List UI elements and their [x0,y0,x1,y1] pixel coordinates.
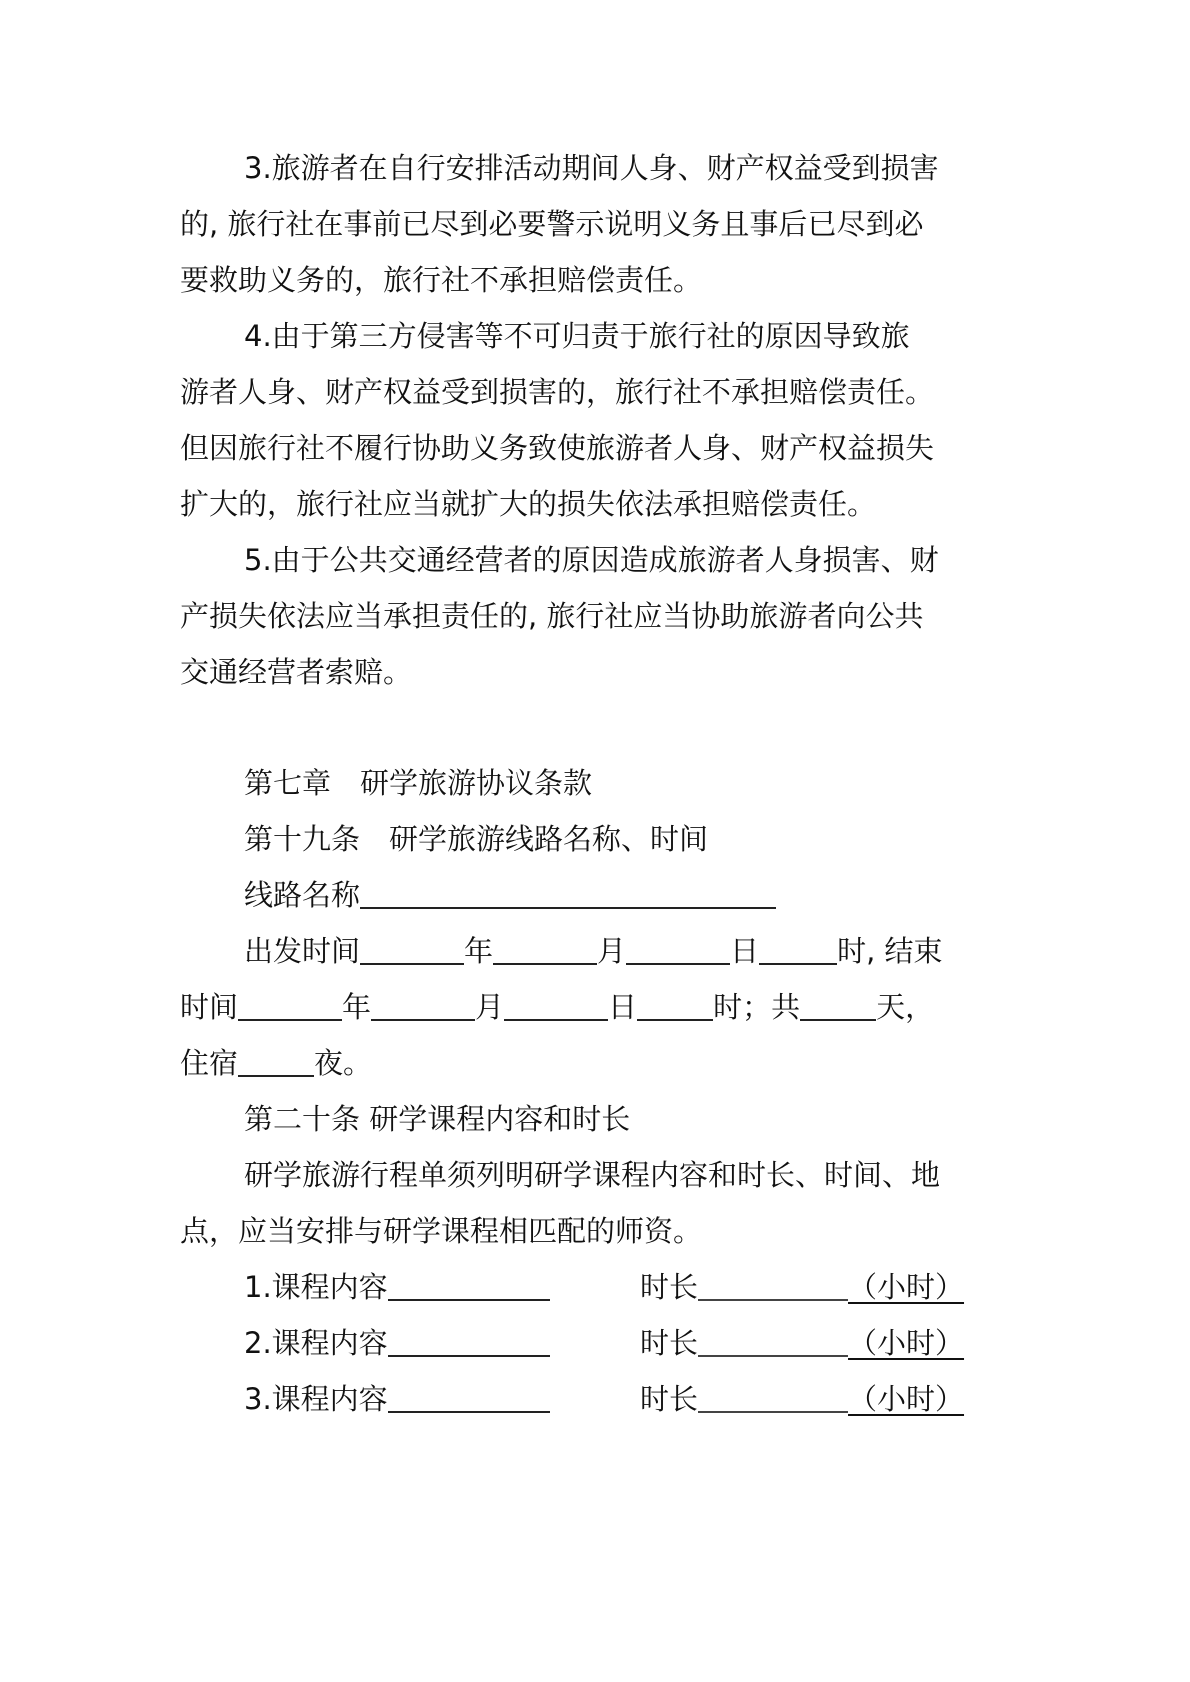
end-hour-field[interactable] [637,989,713,1021]
end-month-field[interactable] [371,989,475,1021]
course-row: 3.课程内容 时长（小时） [0,1371,1190,1427]
end-year-field[interactable] [238,989,342,1021]
end-day-field[interactable] [504,989,608,1021]
chapter-title: 第七章 研学旅游协议条款 [0,755,1190,811]
course-row: 1.课程内容 时长（小时） [0,1259,1190,1315]
hours-unit: （小时） [848,1382,964,1416]
article20-title: 第二十条 研学课程内容和时长 [0,1091,1190,1147]
duration-group: 时长（小时） [640,1259,964,1315]
nights-label: 夜。 [314,1046,372,1080]
month-label: 月 [597,934,626,968]
year-label: 年 [342,990,371,1024]
article20-desc-line2: 点，应当安排与研学课程相匹配的师资。 [0,1203,1190,1259]
end-time-row: 时间年月日时；共天， [0,979,1190,1035]
duration-label: 时长 [640,1382,698,1416]
days-label: 天， [876,990,934,1024]
depart-month-field[interactable] [493,933,597,965]
course-content-field[interactable] [388,1269,550,1301]
month-label: 月 [475,990,504,1024]
duration-group: 时长（小时） [640,1371,964,1427]
course-row: 2.课程内容 时长（小时） [0,1315,1190,1371]
item4-line4: 扩大的，旅行社应当就扩大的损失依法承担赔偿责任。 [0,476,1190,532]
course-label: 2.课程内容 [244,1326,388,1360]
stay-label: 住宿 [180,1046,238,1080]
depart-day-field[interactable] [626,933,730,965]
course-label: 3.课程内容 [244,1382,388,1416]
item3-line3: 要救助义务的，旅行社不承担赔偿责任。 [0,252,1190,308]
article20-desc-line1: 研学旅游行程单须列明研学课程内容和时长、时间、地 [0,1147,1190,1203]
course-content-field[interactable] [388,1381,550,1413]
total-days-field[interactable] [800,989,876,1021]
item5-line3: 交通经营者索赔。 [0,644,1190,700]
day-label: 日 [608,990,637,1024]
year-label: 年 [464,934,493,968]
hours-unit: （小时） [848,1270,964,1304]
item4-line2: 游者人身、财产权益受到损害的，旅行社不承担赔偿责任。 [0,364,1190,420]
hours-unit: （小时） [848,1326,964,1360]
depart-time-row: 出发时间年月日时, 结束 [0,923,1190,979]
depart-year-field[interactable] [360,933,464,965]
course-content-field[interactable] [388,1325,550,1357]
duration-group: 时长（小时） [640,1315,964,1371]
duration-field[interactable] [698,1269,848,1301]
depart-hour-field[interactable] [759,933,837,965]
item3-line2: 的, 旅行社在事前已尽到必要警示说明义务且事后已尽到必 [0,196,1190,252]
item4-line3: 但因旅行社不履行协助义务致使旅游者人身、财产权益损失 [0,420,1190,476]
duration-field[interactable] [698,1325,848,1357]
duration-label: 时长 [640,1270,698,1304]
course-label: 1.课程内容 [244,1270,388,1304]
duration-field[interactable] [698,1381,848,1413]
route-name-row: 线路名称 [0,867,1190,923]
stay-row: 住宿夜。 [0,1035,1190,1091]
day-label: 日 [730,934,759,968]
end-label: 时间 [180,990,238,1024]
article19-title: 第十九条 研学旅游线路名称、时间 [0,811,1190,867]
item4-line1: 4.由于第三方侵害等不可归责于旅行社的原因导致旅 [0,308,1190,364]
duration-label: 时长 [640,1326,698,1360]
item3-line1: 3.旅游者在自行安排活动期间人身、财产权益受到损害 [0,140,1190,196]
route-name-field[interactable] [360,877,776,909]
hour-total-label: 时；共 [713,990,800,1024]
item5-line2: 产损失依法应当承担责任的, 旅行社应当协助旅游者向公共 [0,588,1190,644]
route-name-label: 线路名称 [244,878,360,912]
hour-end-label: 时, 结束 [837,934,942,968]
depart-label: 出发时间 [244,934,360,968]
nights-field[interactable] [238,1045,314,1077]
item5-line1: 5.由于公共交通经营者的原因造成旅游者人身损害、财 [0,532,1190,588]
